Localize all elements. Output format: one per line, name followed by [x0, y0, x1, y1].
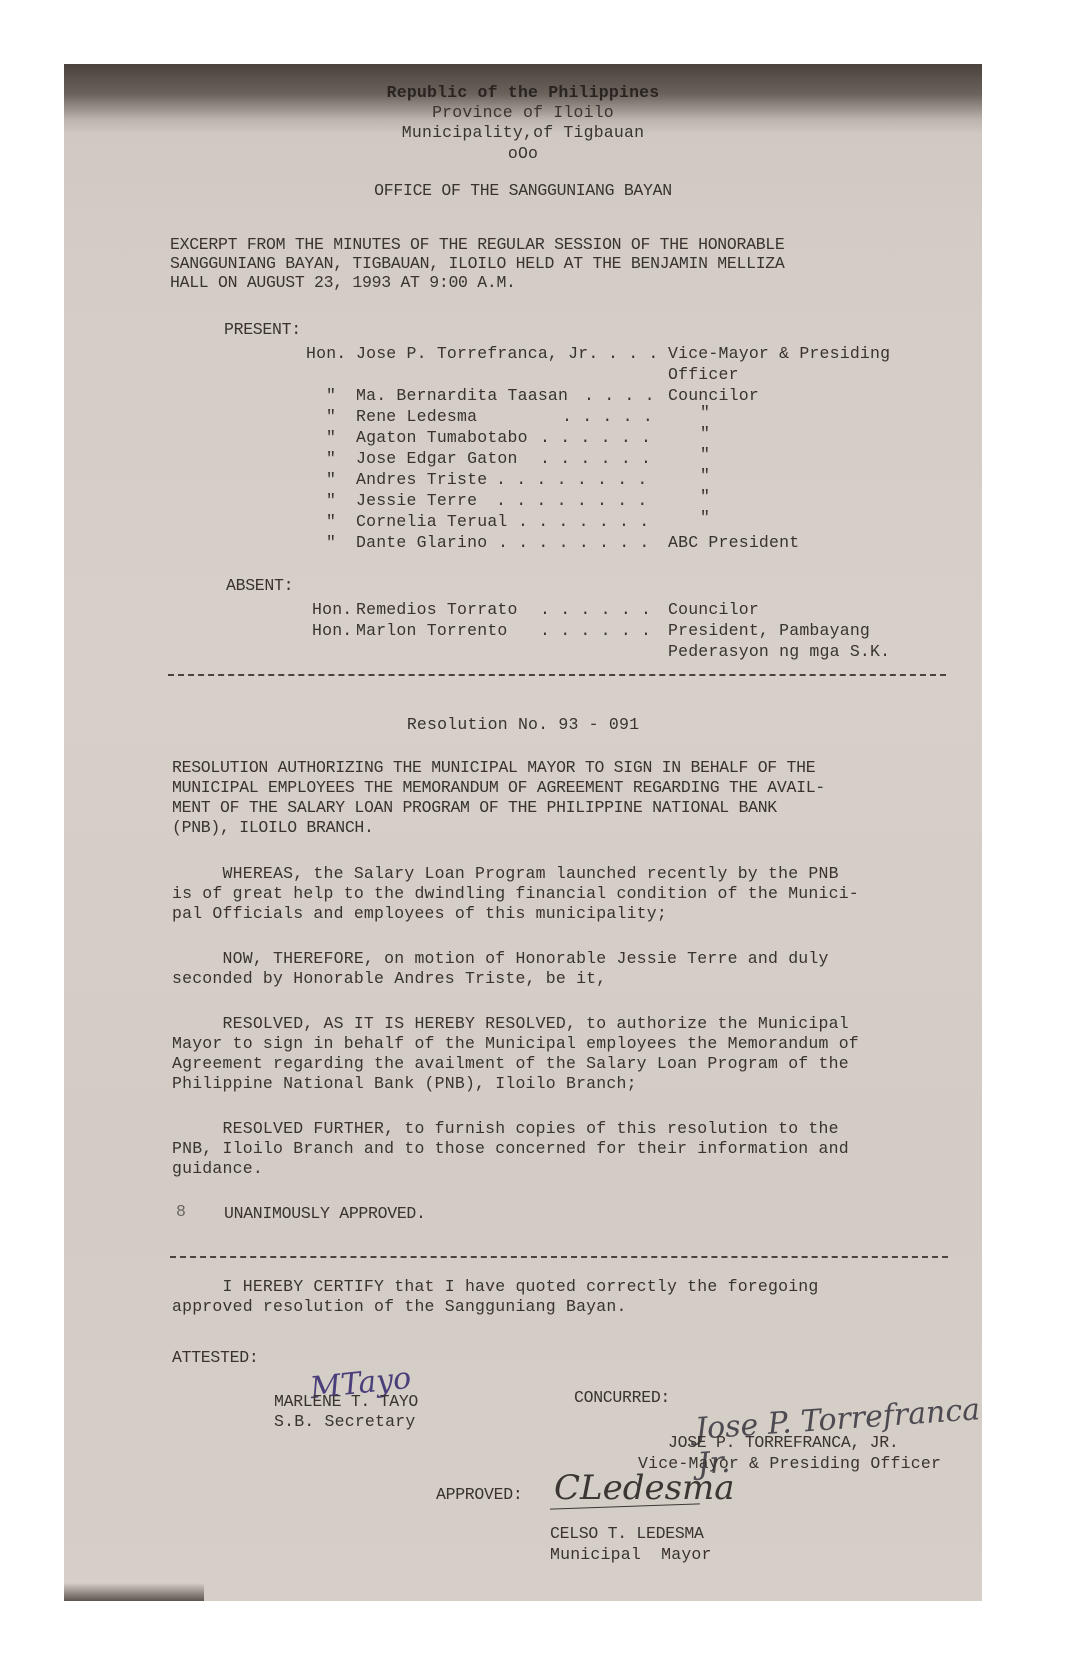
attendee-prefix: ": [326, 490, 336, 511]
office-title: OFFICE OF THE SANGGUNIANG BAYAN: [64, 180, 982, 201]
leader-dots: . . . . . .: [540, 448, 651, 469]
present-label: PRESENT:: [224, 319, 301, 340]
attendee-position-cont: Officer: [668, 364, 739, 385]
absent-label: ABSENT:: [226, 575, 293, 596]
approval-mark: 8: [176, 1201, 186, 1222]
whereas-line-1: WHEREAS, the Salary Loan Program launche…: [172, 863, 839, 884]
attendee-prefix: ": [326, 427, 336, 448]
leader-dots: . . . . .: [562, 406, 653, 427]
resolution-title-4: (PNB), ILOILO BRANCH.: [172, 817, 374, 838]
resolved-line-3: Agreement regarding the availment of the…: [172, 1053, 849, 1074]
resolution-number: Resolution No. 93 - 091: [64, 714, 982, 735]
resolved-line-1: RESOLVED, AS IT IS HEREBY RESOLVED, to a…: [172, 1013, 849, 1034]
attendee-prefix: ": [326, 532, 336, 553]
excerpt-line-1: EXCERPT FROM THE MINUTES OF THE REGULAR …: [170, 234, 785, 255]
leader-dots: . . . . . .: [540, 427, 651, 448]
leader-dots: . . . .: [584, 385, 655, 406]
leader-dots: . . .: [608, 343, 659, 364]
mayor-title: Municipal Mayor: [550, 1544, 712, 1565]
absentee-position: Councilor: [668, 599, 759, 620]
resolved-further-line-3: guidance.: [172, 1158, 263, 1179]
excerpt-line-3: HALL ON AUGUST 23, 1993 AT 9:00 A.M.: [170, 272, 516, 293]
header-ornament: oOo: [64, 143, 982, 164]
attendee-name: Jose Edgar Gaton: [356, 448, 518, 469]
mayor-name: CELSO T. LEDESMA: [550, 1523, 704, 1544]
now-therefore-line-2: seconded by Honorable Andres Triste, be …: [172, 968, 606, 989]
absentee-position: President, Pambayang: [668, 620, 870, 641]
absentee-prefix: Hon.: [312, 599, 352, 620]
mayor-signature: CLedesma: [554, 1468, 735, 1508]
secretary-name: MARLENE T. TAYO: [274, 1391, 418, 1412]
attendee-prefix: Hon.: [306, 343, 346, 364]
attendee-prefix: ": [326, 511, 336, 532]
attendee-position: Councilor: [668, 385, 759, 406]
whereas-line-3: pal Officials and employees of this muni…: [172, 903, 667, 924]
attendee-name: Jose P. Torrefranca, Jr.: [356, 343, 598, 364]
absentee-position-cont: Pederasyon ng mga S.K.: [668, 641, 890, 662]
whereas-line-2: is of great help to the dwindling financ…: [172, 883, 859, 904]
resolved-line-4: Philippine National Bank (PNB), Iloilo B…: [172, 1073, 637, 1094]
leader-dots: . . . . . .: [540, 620, 651, 641]
attendee-position: ": [700, 423, 710, 444]
attendee-position: ": [700, 402, 710, 423]
section-divider: [170, 1256, 948, 1258]
attendee-name: Rene Ledesma: [356, 406, 477, 427]
attested-label: ATTESTED:: [172, 1347, 258, 1368]
resolved-further-line-2: PNB, Iloilo Branch and to those concerne…: [172, 1138, 849, 1159]
approval-status: UNANIMOUSLY APPROVED.: [224, 1203, 426, 1224]
vice-mayor-name: JOSE P. TORREFRANCA, JR.: [668, 1432, 898, 1453]
certification-line-1: I HEREBY CERTIFY that I have quoted corr…: [172, 1276, 819, 1297]
header-province: Province of Iloilo: [64, 102, 982, 123]
header-republic: Republic of the Philippines: [64, 82, 982, 103]
resolved-further-line-1: RESOLVED FURTHER, to furnish copies of t…: [172, 1118, 839, 1139]
attendee-prefix: ": [326, 448, 336, 469]
leader-dots: . . . . . . . .: [496, 469, 648, 490]
attendee-name: Ma. Bernardita Taasan: [356, 385, 568, 406]
attendee-name: Agaton Tumabotabo: [356, 427, 528, 448]
section-divider: [168, 674, 946, 676]
header-municipality: Municipality,of Tigbauan: [64, 122, 982, 143]
resolution-title-1: RESOLUTION AUTHORIZING THE MUNICIPAL MAY…: [172, 757, 815, 778]
attendee-position: ": [700, 444, 710, 465]
attendee-position: ABC President: [668, 532, 799, 553]
leader-dots: . . . . . . . .: [496, 490, 648, 511]
document-page: Republic of the Philippines Province of …: [64, 64, 982, 1601]
absentee-name: Marlon Torrento: [356, 620, 508, 641]
leader-dots: . . . . . . .: [518, 511, 649, 532]
excerpt-line-2: SANGGUNIANG BAYAN, TIGBAUAN, ILOILO HELD…: [170, 253, 785, 274]
attendee-name: Cornelia Terual: [356, 511, 508, 532]
attendee-name: Jessie Terre: [356, 490, 477, 511]
resolution-title-2: MUNICIPAL EMPLOYEES THE MEMORANDUM OF AG…: [172, 777, 825, 798]
attendee-position: Vice-Mayor & Presiding: [668, 343, 890, 364]
resolution-title-3: MENT OF THE SALARY LOAN PROGRAM OF THE P…: [172, 797, 777, 818]
concurred-label: CONCURRED:: [574, 1387, 670, 1408]
now-therefore-line-1: NOW, THEREFORE, on motion of Honorable J…: [172, 948, 829, 969]
attendee-position: ": [700, 507, 710, 528]
approved-label: APPROVED:: [436, 1484, 522, 1505]
certification-line-2: approved resolution of the Sangguniang B…: [172, 1296, 627, 1317]
leader-dots: . . . . . .: [540, 599, 651, 620]
secretary-title: S.B. Secretary: [274, 1411, 415, 1432]
absentee-name: Remedios Torrato: [356, 599, 518, 620]
attendee-prefix: ": [326, 406, 336, 427]
attendee-position: ": [700, 465, 710, 486]
leader-dots: . . . . . . . .: [498, 532, 650, 553]
resolved-line-2: Mayor to sign in behalf of the Municipal…: [172, 1033, 859, 1054]
absentee-prefix: Hon.: [312, 620, 352, 641]
attendee-prefix: ": [326, 385, 336, 406]
attendee-name: Dante Glarino: [356, 532, 487, 553]
attendee-position: ": [700, 486, 710, 507]
attendee-prefix: ": [326, 469, 336, 490]
attendee-name: Andres Triste: [356, 469, 487, 490]
